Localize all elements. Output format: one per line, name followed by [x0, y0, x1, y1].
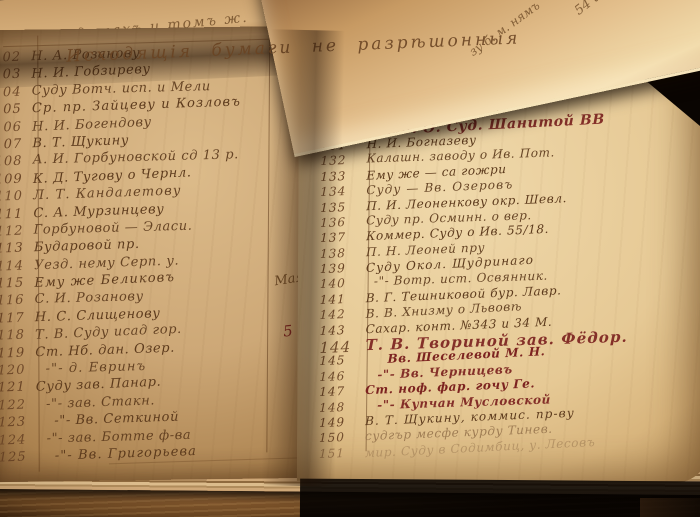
left-page-entries: 102 Н. А. Розанову 103 Н. И. Гобзиреву 1… — [0, 42, 246, 468]
entry-number: 102 — [0, 49, 27, 65]
entry-number: 125 — [0, 449, 33, 465]
curled-page-text-fragment: 54 и. Н. Бутусл. — [572, 0, 671, 18]
entry-number: 103 — [0, 67, 28, 83]
entry-number: 142 — [320, 307, 362, 323]
entry-number: 116 — [0, 293, 31, 309]
entry-number: 137 — [320, 230, 362, 246]
ledger-photo: въ дѣлахъ и томъ ж. 61. — 14ю 91. 102 Н.… — [0, 0, 700, 517]
entry-number: 136 — [320, 214, 362, 230]
entry-text: -"- д. Евринъ — [32, 359, 147, 377]
entry-number: 113 — [0, 241, 30, 257]
entry-number: 118 — [0, 328, 31, 344]
entry-number: 147 — [319, 384, 361, 400]
entry-number: 133 — [320, 168, 362, 184]
entry-number: 139 — [320, 260, 362, 276]
entry-number: 135 — [320, 199, 362, 215]
entry-number: 140 — [320, 276, 362, 292]
entry-number: 151 — [319, 445, 361, 461]
entry-number: 119 — [0, 345, 31, 361]
entry-number: 123 — [0, 415, 32, 431]
entry-number: 143 — [320, 322, 362, 338]
left-date-column-rule — [266, 28, 270, 452]
entry-number: 122 — [0, 397, 32, 413]
entry-number: 114 — [0, 258, 30, 274]
entry-number: 108 — [0, 154, 29, 170]
table-highlight — [640, 498, 700, 517]
entry-number: 120 — [0, 362, 32, 378]
entry-text: Н. И. Богендову — [28, 114, 152, 134]
entry-text: С. И. Розанову — [31, 290, 144, 308]
entry-number: 149 — [319, 414, 361, 430]
entry-number: 138 — [320, 245, 362, 261]
entry-number: 121 — [0, 380, 32, 396]
entry-number: 112 — [0, 223, 30, 239]
entry-number: 141 — [320, 291, 362, 307]
entry-text: -"- зав. Стакн. — [32, 393, 155, 412]
entry-number: 146 — [319, 368, 361, 384]
entry-number: 150 — [319, 430, 361, 446]
entry-number: 109 — [0, 171, 29, 187]
entry-number: 117 — [0, 310, 31, 326]
entry-number: 105 — [0, 102, 28, 118]
entry-number: 132 — [320, 153, 362, 169]
entry-text: Горбуновой — Эласи. — [30, 219, 193, 238]
entry-number: 124 — [0, 432, 33, 448]
entry-number: 144 — [319, 337, 361, 357]
entry-number: 107 — [0, 136, 29, 152]
entry-number: 111 — [0, 206, 30, 222]
entry-number: 148 — [319, 399, 361, 415]
entry-number: 104 — [0, 84, 28, 100]
entry-text: -"- зав. Ботте ф-ва — [33, 427, 192, 446]
entry-number: 106 — [0, 119, 28, 135]
entry-number: 110 — [0, 189, 29, 205]
margin-day-note: 5 — [282, 322, 294, 341]
entry-number: 134 — [320, 183, 362, 199]
entry-number: 115 — [0, 275, 30, 291]
left-page: 102 Н. А. Розанову 103 Н. И. Гобзиреву 1… — [0, 26, 321, 483]
